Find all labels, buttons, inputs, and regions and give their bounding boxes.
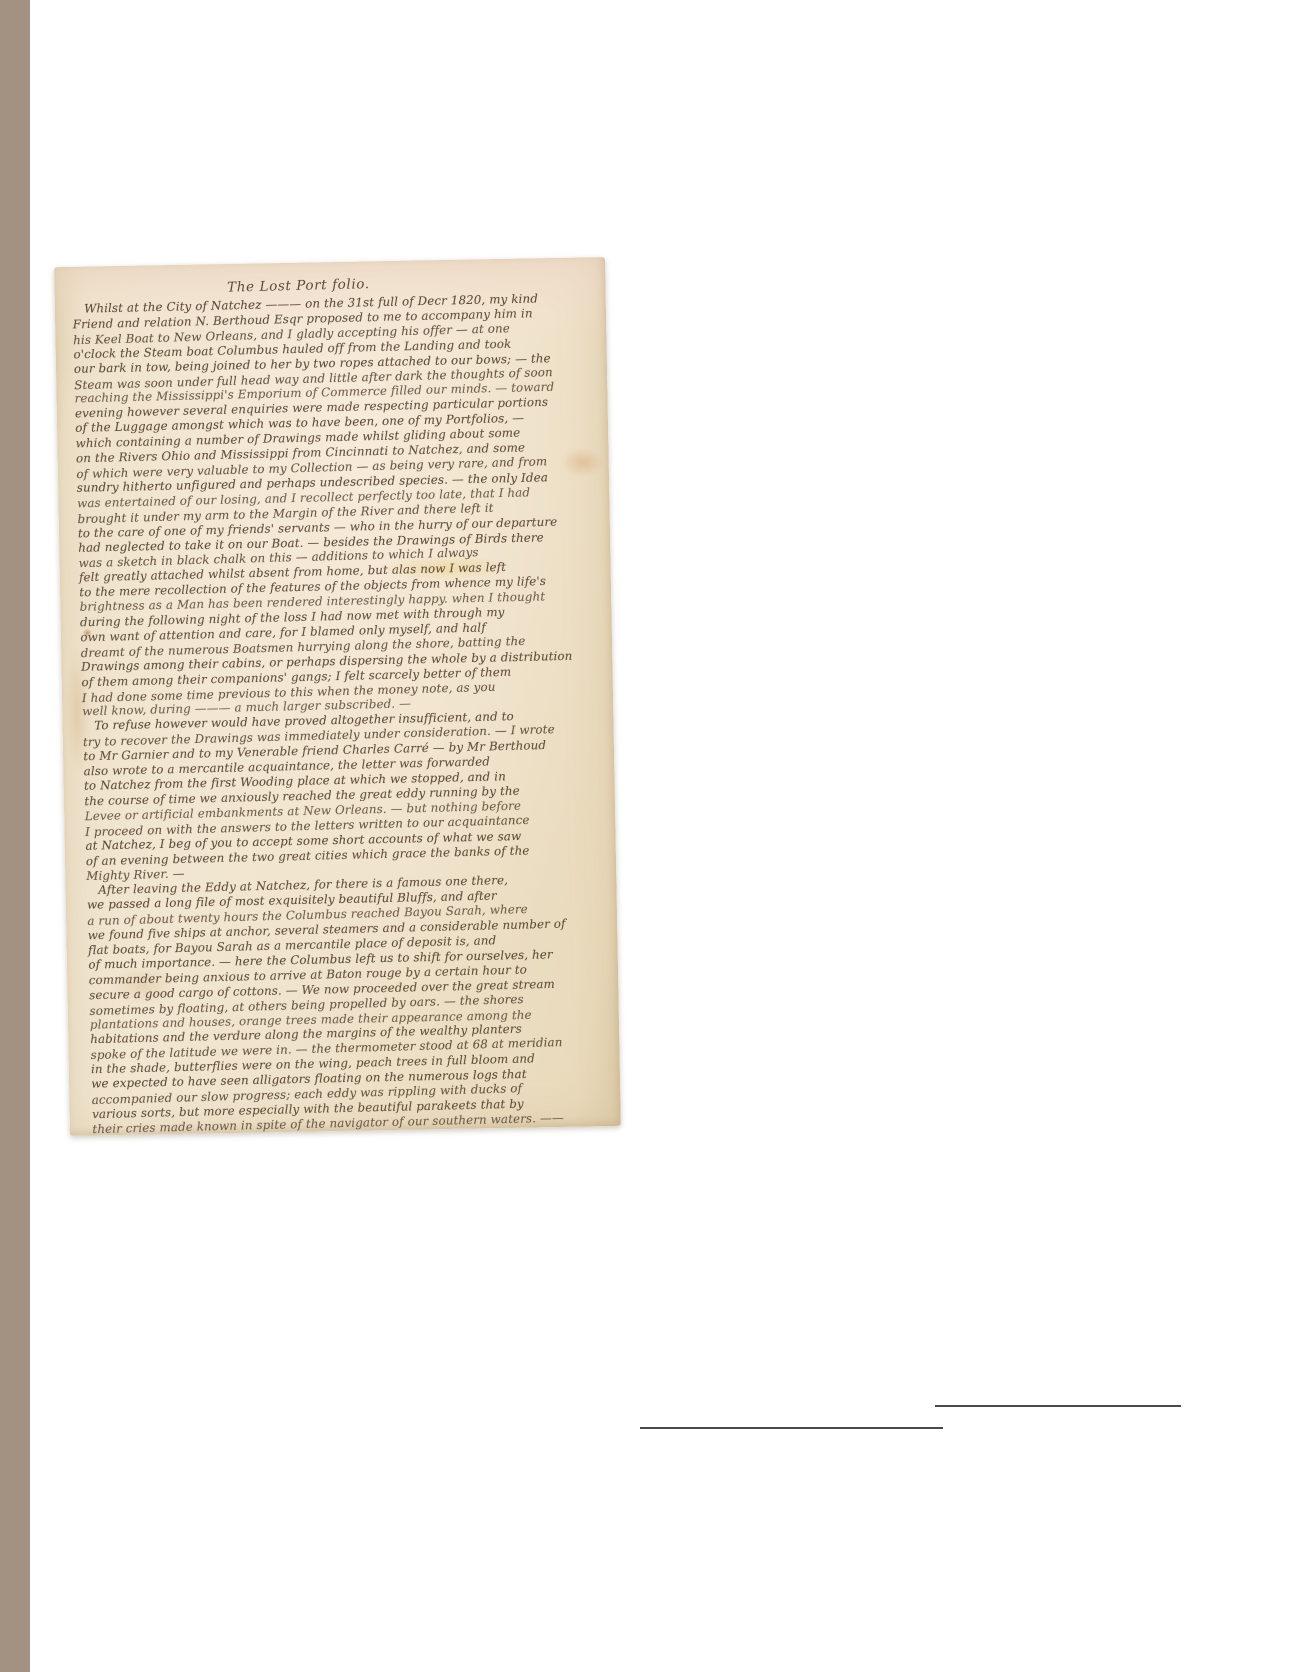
page: { "colors": { "page_background": "#fffff… [0,0,1301,1672]
divider-line-left [640,1427,943,1429]
manuscript-lines: Whilst at the City of Natchez ——— on the… [72,290,615,1137]
manuscript-text-block: The Lost Port folio. Whilst at the City … [72,269,616,1137]
divider-line-right [935,1405,1181,1407]
manuscript-photo: The Lost Port folio. Whilst at the City … [54,257,621,1136]
left-color-bar [0,0,30,1672]
